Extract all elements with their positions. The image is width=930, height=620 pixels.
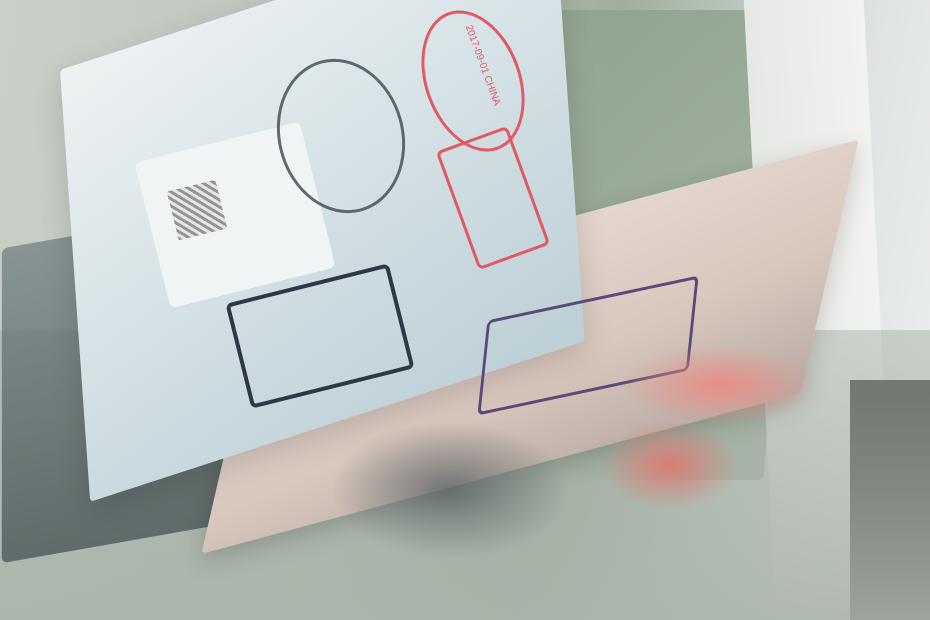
photo-scene: 2017-09-01 CHINA xyxy=(0,0,930,620)
red-blurred-stamp xyxy=(600,420,740,510)
dark-blurred-stamp xyxy=(330,420,570,560)
pink-stamp xyxy=(620,345,820,425)
